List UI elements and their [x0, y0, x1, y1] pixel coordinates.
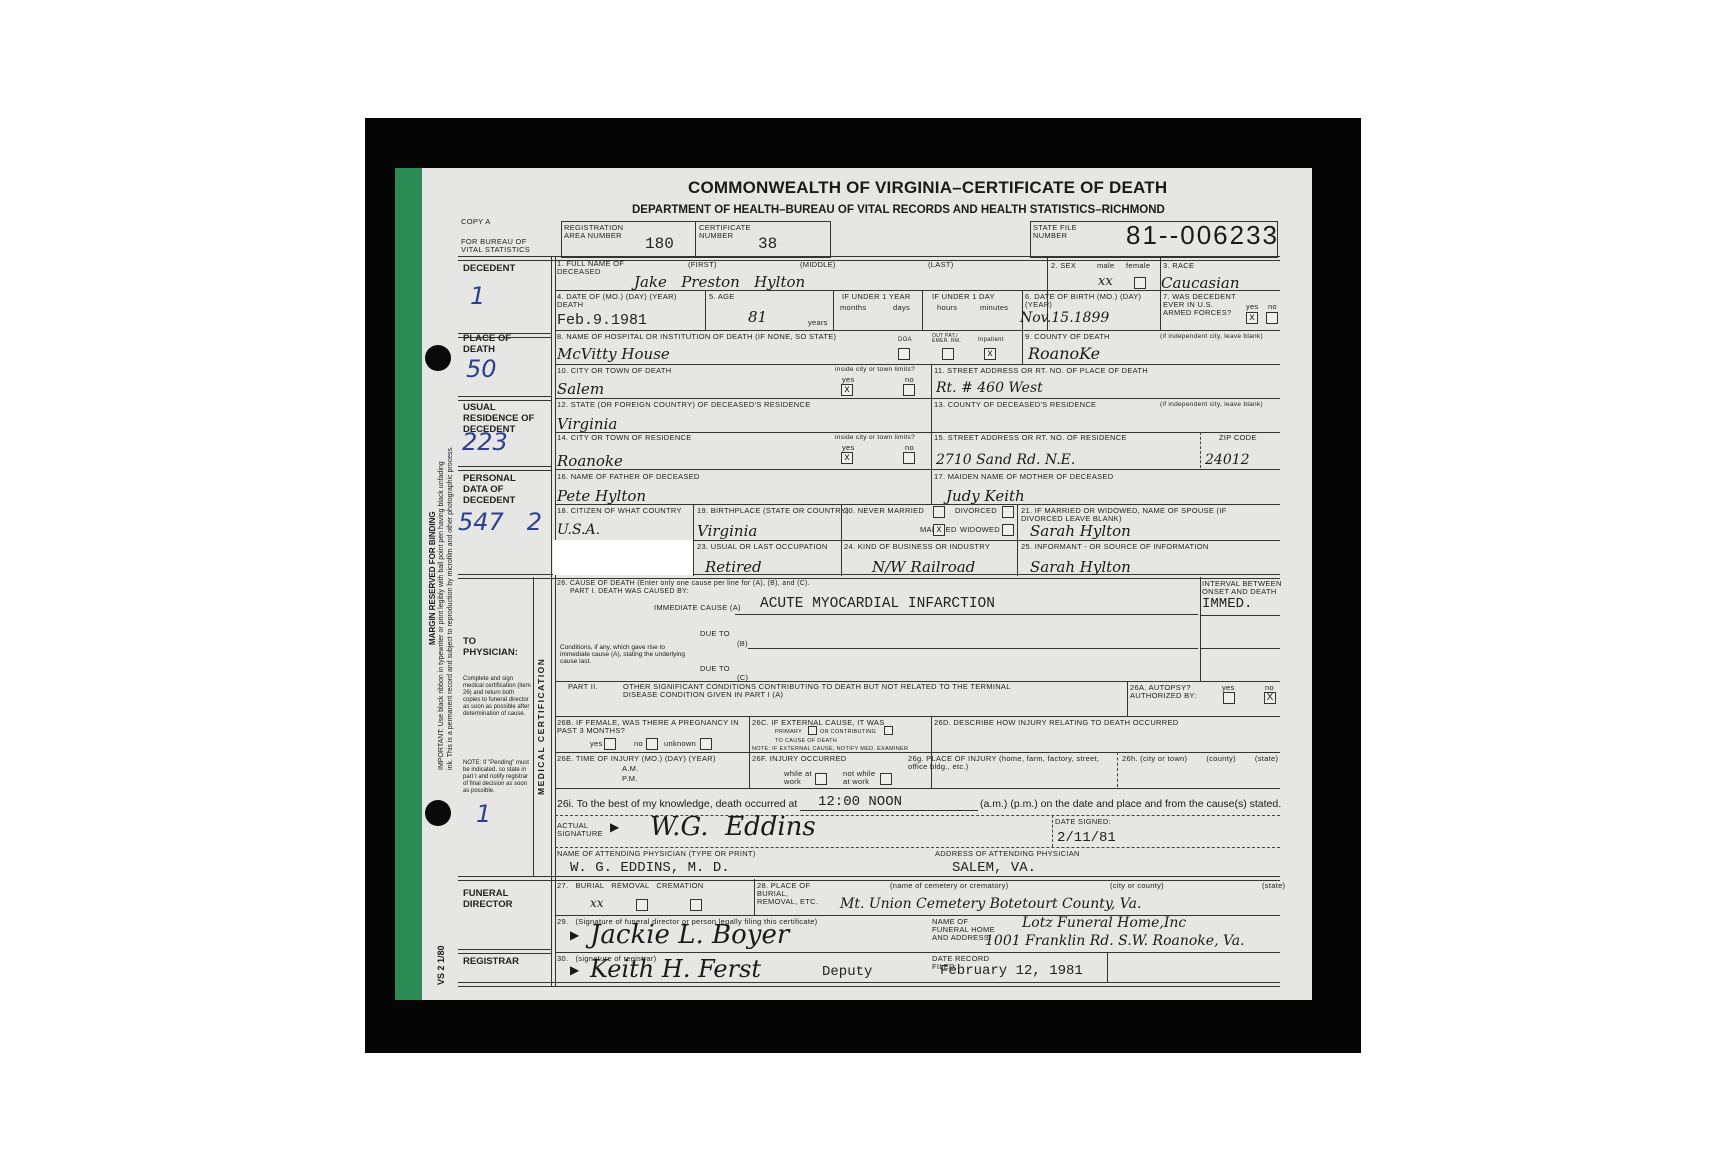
date-of-death-value: Feb.9.1981: [557, 312, 647, 329]
middle-name-sublabel: (middle): [800, 261, 836, 269]
spouse-value: Sarah Hylton: [1030, 522, 1131, 540]
death-time-suffix: (a.m.) (p.m.) on the date and place and …: [980, 798, 1281, 810]
important-instructions-2: ink. This is a permanent record and subj…: [447, 446, 454, 770]
pregnancy-yes-checkbox[interactable]: [604, 738, 616, 750]
registration-area-number: 180: [645, 235, 674, 253]
actual-signature-label: ACTUAL SIGNATURE: [557, 822, 607, 838]
citizen-label: 18. CITIZEN OF WHAT COUNTRY: [557, 507, 682, 515]
director-arrow-icon: ▶: [570, 928, 579, 942]
time-of-death-value: 12:00 NOON: [818, 794, 902, 810]
years-label: years: [808, 319, 828, 327]
contributing-label: or CONTRIBUTING: [820, 728, 876, 736]
section-registrar: REGISTRAR: [463, 956, 519, 967]
state-file-label: STATE FILE NUMBER: [1033, 224, 1093, 240]
burial-mark: xx: [590, 896, 604, 910]
date-signed-value: 2/11/81: [1057, 830, 1116, 846]
code-residence: 223: [462, 428, 508, 456]
inside-limits-label: inside city or town limits?: [835, 366, 915, 374]
age-label: 5. AGE: [709, 293, 735, 301]
autopsy-yes-checkbox[interactable]: [1223, 692, 1235, 704]
important-instructions-1: IMPORTANT: Use black ribbon in typewrite…: [438, 461, 445, 770]
registration-area-label: REGISTRATION AREA NUMBER: [564, 224, 634, 240]
sex-female-checkbox[interactable]: [1134, 277, 1146, 289]
doa-checkbox[interactable]: [898, 348, 910, 360]
date-filed-value: February 12, 1981: [940, 963, 1083, 979]
occupation-value: Retired: [705, 558, 762, 576]
hours-label: hours: [937, 304, 957, 312]
state-residence-label: 12. STATE (OR FOREIGN COUNTRY) OF DECEAS…: [557, 401, 811, 409]
certificate-number: 38: [758, 235, 777, 253]
zip-label: ZIP CODE: [1219, 434, 1257, 442]
father-label: 16. NAME OF FATHER OF DECEASED: [557, 473, 700, 481]
days-label: days: [893, 304, 910, 312]
injury-occurred-label: 26f. INJURY OCCURRED: [752, 755, 847, 763]
residence-inside-limits-yes[interactable]: x: [841, 452, 853, 464]
physician-address-label: ADDRESS OF ATTENDING PHYSICIAN: [935, 850, 1080, 858]
birthplace-label: 19. BIRTHPLACE (state or country): [697, 507, 849, 515]
department-subtitle: DEPARTMENT OF HEALTH–BUREAU OF VITAL REC…: [632, 204, 1165, 216]
physician-name-value: W. G. EDDINS, M. D.: [570, 860, 730, 876]
armed-yes-label: yes: [1246, 303, 1259, 311]
part2-text: OTHER SIGNIFICANT CONDITIONS CONTRIBUTIN…: [623, 683, 1043, 699]
pregnancy-yes-label: yes: [590, 740, 603, 748]
industry-label: 24. KIND OF BUSINESS OR INDUSTRY: [844, 543, 990, 551]
city-residence-value: Roanoke: [557, 452, 623, 470]
not-while-at-work-label: not while at work: [843, 770, 883, 786]
residence-inside-limits-no[interactable]: [903, 452, 915, 464]
widowed-label: WIDOWED: [960, 526, 1000, 534]
certificate-title: COMMONWEALTH OF VIRGINIA–CERTIFICATE OF …: [688, 178, 1167, 198]
armed-forces-yes-checkbox[interactable]: x: [1246, 312, 1258, 324]
informant-value: Sarah Hylton: [1030, 558, 1131, 576]
spouse-label: 21. IF MARRIED OR WIDOWED, NAME OF SPOUS…: [1021, 507, 1251, 523]
punch-hole-bottom: [425, 800, 451, 826]
place-of-burial-label: 28. PLACE OF BURIAL, REMOVAL, ETC.: [757, 882, 827, 906]
mother-value: Judy Keith: [946, 487, 1025, 505]
date-of-death-label: 4. DATE OF (mo.) (day) (year) DEATH: [557, 293, 697, 309]
full-name-label: 1. FULL NAME OF DECEASED: [557, 260, 637, 276]
injury-location-label: 26h. (city or town) (county) (state): [1122, 755, 1278, 763]
cremation-checkbox[interactable]: [690, 899, 702, 911]
margin-reserved-label: MARGIN RESERVED FOR BINDING: [428, 511, 437, 645]
independent-city-note-2: (if independent city, leave blank): [1160, 401, 1263, 409]
industry-value: N/W Railroad: [872, 558, 975, 576]
cemetery-sublabel: (name of cemetery or crematory): [890, 882, 1009, 890]
signature-arrow-icon: ▶: [610, 820, 619, 834]
section-to-physician: TO PHYSICIAN:: [463, 636, 523, 658]
physician-instructions: Complete and sign medical certification …: [463, 676, 531, 718]
cause-b-label: (B): [737, 640, 748, 648]
code-decedent: 1: [470, 282, 485, 310]
code-place: 50: [466, 355, 497, 383]
inpatient-label: Inpatient: [978, 336, 1004, 344]
disposition-label: 27. BURIAL REMOVAL CREMATION: [557, 882, 703, 890]
res-yes-label: yes: [842, 444, 855, 452]
for-bureau-label: FOR BUREAU OF VITAL STATISTICS: [461, 238, 541, 254]
autopsy-label: 26a. AUTOPSY? AUTHORIZED BY:: [1130, 684, 1215, 700]
first-name-sublabel: (first): [688, 261, 717, 269]
months-label: months: [840, 304, 866, 312]
married-checkbox[interactable]: x: [933, 524, 945, 536]
pregnancy-unknown-label: unknown: [664, 740, 696, 748]
conditions-note: Conditions, if any, which gave rise to i…: [560, 644, 690, 665]
date-of-birth-label: 6. DATE OF BIRTH (mo.) (day) (year): [1025, 293, 1155, 309]
divorced-label: DIVORCED: [955, 507, 997, 515]
pregnancy-no-checkbox[interactable]: [646, 738, 658, 750]
primary-label: PRIMARY: [775, 728, 802, 736]
city-residence-label: 14. CITY OR TOWN OF RESIDENCE: [557, 434, 692, 442]
registrar-arrow-icon: ▶: [570, 963, 579, 977]
full-name-value: Jake Preston Hylton: [634, 273, 805, 291]
independent-city-note: (if independent city, leave blank): [1160, 333, 1263, 341]
place-of-injury-label: 26g. PLACE OF INJURY (home, farm, factor…: [908, 755, 1108, 771]
due-to-c-label: DUE TO: [700, 665, 730, 673]
date-of-birth-value: Nov.15.1899: [1020, 310, 1109, 326]
divorced-checkbox[interactable]: [1002, 506, 1014, 518]
section-personal-data: PERSONAL DATA OF DECEDENT: [463, 473, 538, 506]
death-inside-limits-no[interactable]: [903, 384, 915, 396]
street-of-death-label: 11. STREET ADDRESS OR RT. NO. OF PLACE O…: [934, 367, 1148, 375]
medical-certification-label: MEDICAL CERTIFICATION: [536, 658, 546, 795]
while-at-work-label: while at work: [784, 770, 819, 786]
form-code: VS 2 1/80: [436, 945, 446, 985]
widowed-checkbox[interactable]: [1002, 524, 1014, 536]
pregnancy-unknown-checkbox[interactable]: [700, 738, 712, 750]
doa-label: DOA: [898, 336, 912, 344]
residence-inside-limits-label: inside city or town limits?: [835, 434, 915, 442]
not-while-at-work-checkbox[interactable]: [880, 773, 892, 785]
part2-label: PART II.: [568, 683, 598, 691]
street-residence-value: 2710 Sand Rd. N.E.: [936, 452, 1075, 468]
female-label: female: [1126, 262, 1150, 270]
deputy-label: Deputy: [822, 964, 872, 980]
registrar-signature: Keith H. Ferst: [590, 955, 761, 983]
res-no-label: no: [905, 444, 914, 452]
race-value: Caucasian: [1161, 274, 1240, 292]
city-of-death-label: 10. CITY OR TOWN OF DEATH: [557, 367, 671, 375]
last-name-sublabel: (last): [928, 261, 954, 269]
death-city-no-label: no: [905, 376, 914, 384]
age-value: 81: [748, 308, 767, 326]
outpatient-label: Out pat./ Emer. Rm.: [932, 334, 962, 344]
city-county-sublabel: (city or county): [1110, 882, 1164, 890]
time-of-injury-label: 26e. TIME OF INJURY (mo.) (day) (year): [557, 755, 716, 763]
hospital-label: 8. NAME OF HOSPITAL OR INSTITUTION OF DE…: [557, 333, 836, 341]
punch-hole-top: [425, 345, 451, 371]
pregnancy-no-label: no: [634, 740, 643, 748]
place-of-burial-value: Mt. Union Cemetery Botetourt County, Va.: [840, 896, 1141, 912]
death-time-statement: 26i. To the best of my knowledge, death …: [557, 798, 797, 810]
removal-checkbox[interactable]: [636, 899, 648, 911]
autopsy-no-label: no: [1265, 684, 1274, 692]
pm-label: P.M.: [622, 775, 638, 783]
copy-label: COPY A: [461, 218, 491, 226]
death-city-yes-label: yes: [842, 376, 855, 384]
hospital-value: McVitty House: [557, 345, 670, 363]
race-label: 3. RACE: [1163, 262, 1194, 270]
autopsy-yes-label: yes: [1222, 684, 1235, 692]
primary-checkbox[interactable]: [808, 726, 817, 735]
county-of-death-label: 9. COUNTY OF DEATH: [1025, 333, 1110, 341]
birthplace-value: Virginia: [697, 522, 757, 540]
county-residence-label: 13. COUNTY OF DECEASED'S RESIDENCE: [934, 401, 1096, 409]
date-signed-label: DATE SIGNED:: [1055, 818, 1111, 826]
autopsy-no-checkbox[interactable]: X: [1264, 692, 1276, 704]
physician-address-value: SALEM, VA.: [952, 860, 1036, 876]
binding-stripe: [395, 168, 422, 1000]
funeral-address-value: 1001 Franklin Rd. S.W. Roanoke, Va.: [985, 933, 1245, 949]
never-married-checkbox[interactable]: [933, 506, 945, 518]
armed-forces-no-checkbox[interactable]: [1266, 312, 1278, 324]
under-year-label: IF UNDER 1 YEAR: [842, 293, 911, 301]
to-cause-label: TO CAUSE OF DEATH: [775, 737, 837, 745]
sex-male-mark: xx: [1098, 274, 1113, 289]
informant-label: 25. INFORMANT - OR SOURCE OF INFORMATION: [1021, 543, 1209, 551]
immediate-cause-value: ACUTE MYOCARDIAL INFARCTION: [760, 596, 995, 612]
injury-description-label: 26d. DESCRIBE HOW INJURY RELATING TO DEA…: [934, 719, 1179, 727]
due-to-b-label: DUE TO: [700, 630, 730, 638]
armed-no-label: no: [1268, 303, 1277, 311]
citizen-value: U.S.A.: [557, 522, 600, 538]
immediate-cause-label: IMMEDIATE CAUSE (A): [654, 604, 741, 612]
interval-label: INTERVAL BETWEEN ONSET AND DEATH: [1202, 580, 1282, 596]
physician-signature: W.G. Eddins: [650, 812, 816, 842]
while-at-work-checkbox[interactable]: [815, 773, 827, 785]
father-value: Pete Hylton: [557, 487, 646, 505]
contributing-checkbox[interactable]: [884, 726, 893, 735]
section-place-of-death: PLACE OF DEATH: [463, 333, 523, 355]
state-sublabel: (state): [1262, 882, 1285, 890]
state-residence-value: Virginia: [557, 415, 617, 433]
minutes-label: minutes: [980, 304, 1008, 312]
zip-value: 24012: [1205, 452, 1250, 468]
armed-forces-label: 7. WAS DECEDENT EVER IN U.S. ARMED FORCE…: [1163, 293, 1238, 317]
state-file-number: 81--006233: [1126, 220, 1279, 251]
county-of-death-value: RoanoKe: [1028, 344, 1100, 363]
ssn-redaction: [553, 540, 693, 575]
pregnancy-label: 26b. IF FEMALE, WAS THERE A PREGNANCY IN…: [557, 719, 747, 735]
street-of-death-value: Rt. # 460 West: [936, 380, 1043, 396]
code-physician: 1: [476, 800, 491, 828]
pending-note: NOTE: If "Pending" must be indicated, so…: [463, 760, 531, 795]
occupation-label: 23. USUAL OR LAST OCCUPATION: [697, 543, 828, 551]
interval-value: IMMED.: [1202, 596, 1252, 612]
section-decedent: DECEDENT: [463, 263, 515, 274]
male-label: male: [1097, 262, 1114, 270]
city-of-death-value: Salem: [557, 380, 604, 398]
part1-label: PART I. DEATH WAS CAUSED BY:: [570, 588, 689, 596]
mother-label: 17. MAIDEN NAME OF MOTHER OF DECEASED: [934, 473, 1113, 481]
external-cause-label: 26c. IF EXTERNAL CAUSE, IT WAS: [752, 719, 885, 727]
sex-label: 2. SEX: [1051, 262, 1076, 270]
certificate-number-label: CERTIFICATE NUMBER: [699, 224, 759, 240]
section-funeral-director: FUNERAL DIRECTOR: [463, 888, 523, 910]
under-day-label: IF UNDER 1 DAY: [932, 293, 995, 301]
never-married-label: 20. NEVER MARRIED: [844, 507, 924, 515]
physician-name-label: NAME OF ATTENDING PHYSICIAN (Type or Pri…: [557, 850, 756, 858]
director-signature: Jackie L. Boyer: [590, 920, 789, 950]
code-personal: 547 2: [458, 508, 542, 536]
am-label: A.M.: [622, 765, 639, 773]
outpatient-checkbox[interactable]: [942, 348, 954, 360]
funeral-home-value: Lotz Funeral Home,Inc: [1022, 915, 1186, 931]
cause-of-death-label: 26. CAUSE OF DEATH (Enter only one cause…: [557, 580, 917, 588]
death-inside-limits-yes[interactable]: x: [841, 384, 853, 396]
street-residence-label: 15. STREET ADDRESS OR RT. NO. OF RESIDEN…: [934, 434, 1127, 442]
inpatient-checkbox[interactable]: x: [984, 348, 996, 360]
